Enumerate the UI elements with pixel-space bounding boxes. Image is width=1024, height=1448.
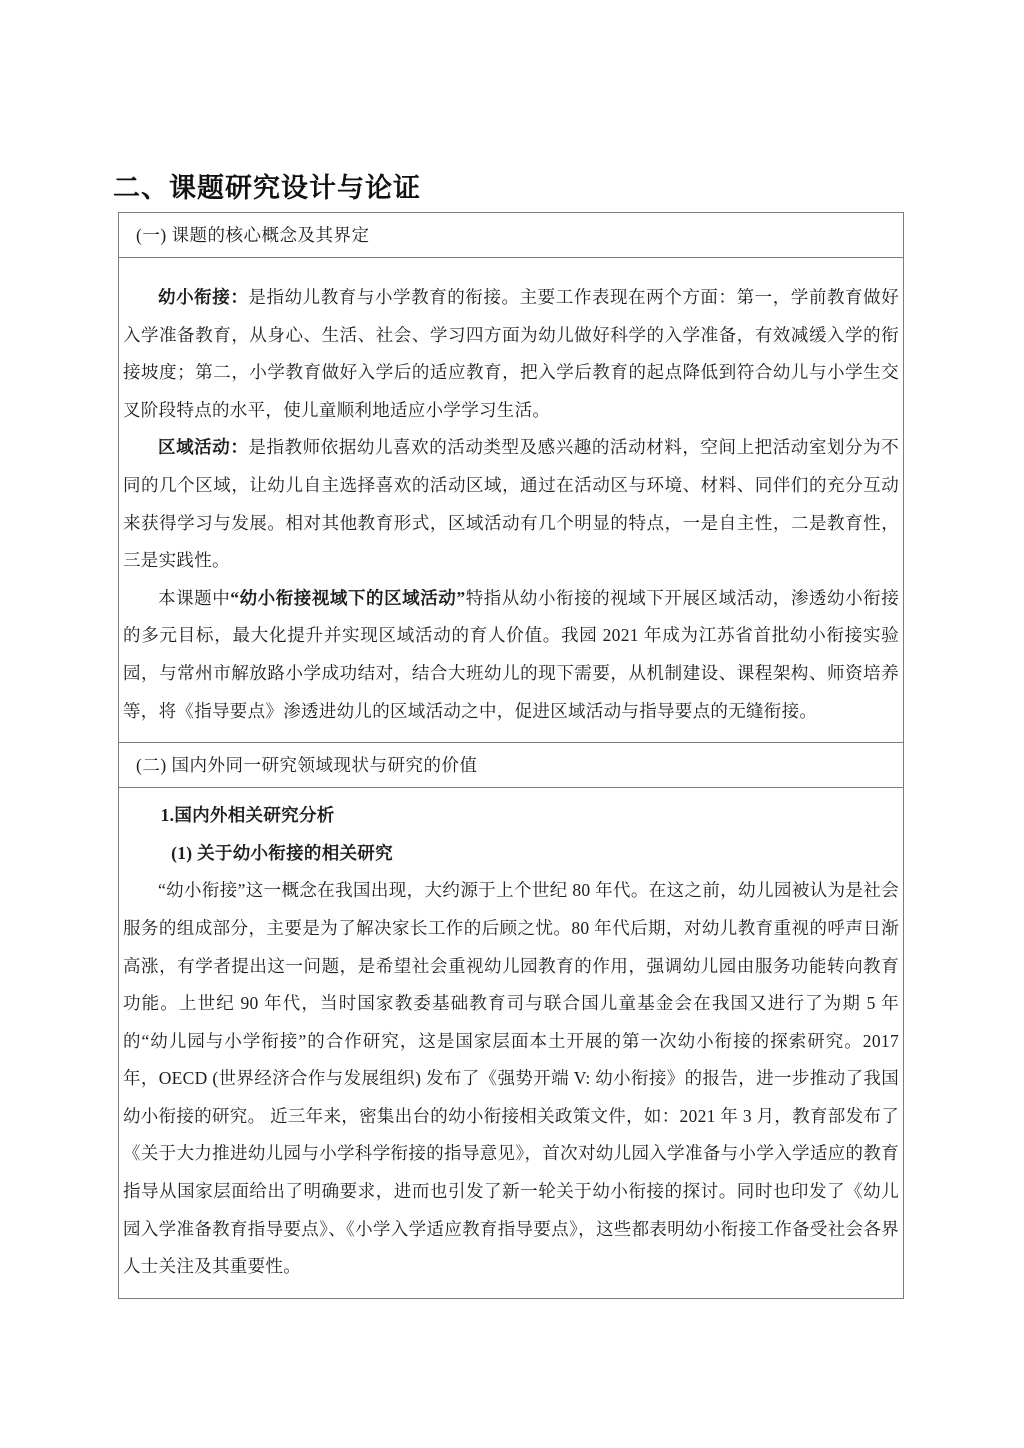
section-header: (二) 国内外同一研究领域现状与研究的价值 <box>119 743 903 788</box>
paragraph: 区域活动：是指教师依据幼儿喜欢的活动类型及感兴趣的活动材料，空间上把活动室划分为… <box>123 429 899 579</box>
section-content: 1.国内外相关研究分析(1) 关于幼小衔接的相关研究“幼小衔接”这一概念在我国出… <box>119 788 903 1298</box>
paragraph: “幼小衔接”这一概念在我国出现，大约源于上个世纪 80 年代。在这之前，幼儿园被… <box>123 872 899 1286</box>
bold-text-run: 幼小衔接： <box>158 287 248 307</box>
text-run: 本课题中 <box>158 588 230 608</box>
form-table: (一) 课题的核心概念及其界定幼小衔接：是指幼儿教育与小学教育的衔接。主要工作表… <box>118 212 904 1299</box>
text-run: “幼小衔接”这一概念在我国出现，大约源于上个世纪 80 年代。在这之前，幼儿园被… <box>123 880 899 1276</box>
section-header: (一) 课题的核心概念及其界定 <box>119 213 903 258</box>
bold-text-run: 1.国内外相关研究分析 <box>161 805 335 825</box>
subheading-1: 1.国内外相关研究分析 <box>123 797 899 835</box>
paragraph: 本课题中“幼小衔接视域下的区域活动”特指从幼小衔接的视域下开展区域活动，渗透幼小… <box>123 580 899 730</box>
bold-text-run: 区域活动： <box>158 437 248 457</box>
document-page: 二、课题研究设计与论证 (一) 课题的核心概念及其界定幼小衔接：是指幼儿教育与小… <box>0 0 1024 1448</box>
section-content: 幼小衔接：是指幼儿教育与小学教育的衔接。主要工作表现在两个方面：第一，学前教育做… <box>119 258 903 743</box>
bold-text-run: (1) 关于幼小衔接的相关研究 <box>171 843 393 863</box>
paragraph: 幼小衔接：是指幼儿教育与小学教育的衔接。主要工作表现在两个方面：第一，学前教育做… <box>123 279 899 429</box>
subheading-2: (1) 关于幼小衔接的相关研究 <box>123 835 899 873</box>
bold-text-run: “幼小衔接视域下的区域活动” <box>230 588 465 608</box>
page-title: 二、课题研究设计与论证 <box>113 166 421 205</box>
